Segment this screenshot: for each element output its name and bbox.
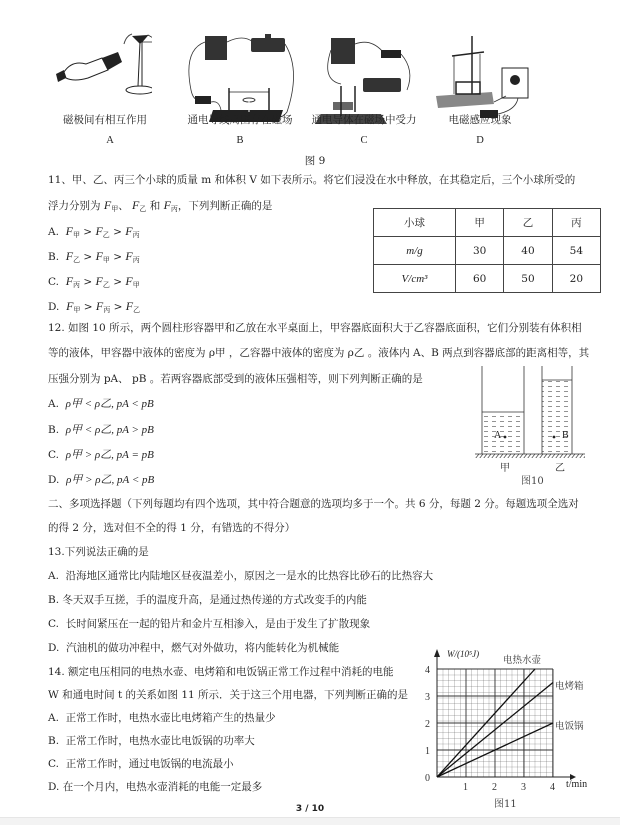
table-cell: 40 bbox=[504, 237, 552, 265]
separator: 、 bbox=[118, 200, 129, 212]
option-letter: B. bbox=[48, 251, 59, 263]
table-row-label: m/g bbox=[374, 237, 456, 265]
figure9-panel-d-caption: 电磁感应现象 bbox=[430, 112, 530, 127]
option-text: 长时间紧压在一起的铅片和金片互相渗入，是由于发生了扩散现象 bbox=[66, 618, 371, 630]
figure9-letter-b: B bbox=[230, 135, 250, 146]
table-header-cell: 甲 bbox=[456, 209, 504, 237]
q11-stem-text: ，下列判断正确的是 bbox=[178, 200, 273, 212]
figure9-letter-a: A bbox=[100, 135, 120, 146]
q13-option-d[interactable]: D. 汽油机的做功冲程中，燃气对外做功，将内能转化为机械能 bbox=[48, 641, 339, 655]
svg-text:3: 3 bbox=[521, 782, 526, 793]
option-letter: B. bbox=[48, 594, 59, 606]
q14-option-d[interactable]: D. 在一个月内，电热水壶消耗的电能一定最多 bbox=[48, 780, 262, 794]
table-header-cell: 丙 bbox=[552, 209, 600, 237]
option-letter: C. bbox=[48, 449, 59, 461]
chart-x-label: t/min bbox=[566, 779, 587, 790]
option-text: ρ甲 < ρ乙, pA < pB bbox=[66, 398, 154, 410]
option-text: ρ甲 < ρ乙, pA > pB bbox=[66, 424, 154, 436]
subscript: 甲 bbox=[73, 306, 80, 314]
q12-option-d[interactable]: D. ρ甲 > ρ乙, pA < pB bbox=[48, 473, 154, 487]
magnet-compass-illustration bbox=[52, 22, 152, 97]
option-letter: C. bbox=[48, 758, 59, 770]
current-wire-magnetic-field-illustration bbox=[183, 30, 298, 125]
q14-stem-line2: W 和通电时间 t 的关系如图 11 所示．关于这三个用电器，下列判断正确的是 bbox=[48, 688, 408, 702]
option-text: 正常工作时，通过电饭锅的电流最小 bbox=[66, 758, 234, 770]
force-symbol: F bbox=[164, 198, 171, 212]
table-cell: 54 bbox=[552, 237, 600, 265]
page-indicator: 3 / 10 bbox=[0, 804, 620, 814]
svg-text:4: 4 bbox=[550, 782, 555, 793]
option-text: 汽油机的做功冲程中，燃气对外做功，将内能转化为机械能 bbox=[66, 642, 339, 654]
q11-option-b[interactable]: B. F乙 > F甲 > F丙 bbox=[48, 249, 140, 267]
svg-text:0: 0 bbox=[425, 773, 430, 784]
svg-text:4: 4 bbox=[425, 665, 430, 676]
option-letter: D. bbox=[48, 301, 59, 313]
separator: 和 bbox=[150, 200, 161, 212]
option-letter: D. bbox=[48, 781, 59, 793]
q12-option-c[interactable]: C. ρ甲 > ρ乙, pA = pB bbox=[48, 448, 154, 462]
figure9-panel-c-caption: 通电导体在磁场中受力 bbox=[304, 112, 424, 127]
force-on-conductor-illustration bbox=[311, 30, 421, 125]
figure9-caption: 图 9 bbox=[300, 153, 330, 168]
svg-text:1: 1 bbox=[463, 782, 468, 793]
legend-kettle: 电热水壶 bbox=[503, 652, 541, 666]
q11-stem-line1: 11、甲、乙、丙三个小球的质量 m 和体积 V 如下表所示。将它们浸没在水中释放… bbox=[48, 173, 575, 187]
q13-stem: 13.下列说法正确的是 bbox=[48, 545, 149, 559]
table-row: V/cm³ 60 50 20 bbox=[374, 265, 601, 293]
option-letter: B. bbox=[48, 424, 59, 436]
legend-ricecooker: 电饭锅 bbox=[555, 718, 584, 732]
svg-text:3: 3 bbox=[425, 692, 430, 703]
q14-stem-line1: 14. 额定电压相同的电热水壶、电烤箱和电饭锅正常工作过程中消耗的电能 bbox=[48, 665, 394, 679]
svg-text:1: 1 bbox=[425, 746, 430, 757]
option-letter: B. bbox=[48, 735, 59, 747]
point-a-label: A bbox=[494, 430, 501, 441]
q14-option-a[interactable]: A. 正常工作时，电热水壶比电烤箱产生的热量少 bbox=[48, 711, 276, 725]
table-header-cell: 小球 bbox=[374, 209, 456, 237]
option-text: 正常工作时，电热水壶比电烤箱产生的热量少 bbox=[66, 712, 276, 724]
table-cell: 60 bbox=[456, 265, 504, 293]
option-letter: C. bbox=[48, 618, 59, 630]
electromagnetic-induction-illustration bbox=[432, 32, 537, 122]
table-row: m/g 30 40 54 bbox=[374, 237, 601, 265]
q11-option-c[interactable]: C. F丙 > F乙 > F甲 bbox=[48, 274, 140, 292]
q11-data-table: 小球 甲 乙 丙 m/g 30 40 54 V/cm³ 60 50 20 bbox=[373, 208, 601, 293]
container-yi-label: 乙 bbox=[555, 459, 565, 474]
option-letter: A. bbox=[48, 570, 59, 582]
figure10-caption: 图10 bbox=[521, 472, 544, 487]
q13-option-c[interactable]: C. 长时间紧压在一起的铅片和金片互相渗入，是由于发生了扩散现象 bbox=[48, 617, 370, 631]
table-cell: 20 bbox=[552, 265, 600, 293]
figure9-letter-d: D bbox=[470, 135, 490, 146]
subscript: 乙 bbox=[139, 205, 146, 213]
table-header-cell: 乙 bbox=[504, 209, 552, 237]
subscript: 丙 bbox=[133, 231, 140, 239]
option-text: ρ甲 > ρ乙, pA < pB bbox=[66, 474, 154, 486]
option-text: 在一个月内，电热水壶消耗的电能一定最多 bbox=[63, 781, 263, 793]
q12-stem-line3: 压强分别为 pA、 pB 。若两容器底部受到的液体压强相等，则下列判断正确的是 bbox=[48, 372, 423, 386]
q14-option-b[interactable]: B. 正常工作时，电热水壶比电饭锅的功率大 bbox=[48, 734, 255, 748]
container-jia-label: 甲 bbox=[500, 459, 510, 474]
legend-oven: 电烤箱 bbox=[555, 678, 584, 692]
subscript: 甲 bbox=[133, 281, 140, 289]
subscript: 甲 bbox=[73, 231, 80, 239]
q12-stem-line1: 12. 如图 10 所示，两个圆柱形容器甲和乙放在水平桌面上，甲容器底面积大于乙… bbox=[48, 321, 582, 335]
q14-option-c[interactable]: C. 正常工作时，通过电饭锅的电流最小 bbox=[48, 757, 234, 771]
option-text: 正常工作时，电热水壶比电饭锅的功率大 bbox=[66, 735, 255, 747]
option-letter: D. bbox=[48, 474, 59, 486]
page-footer-bar bbox=[0, 817, 620, 825]
q12-stem-line2: 等的液体，甲容器中液体的密度为 ρ甲 ，乙容器中液体的密度为 ρ乙 。液体内 A… bbox=[48, 346, 589, 360]
option-letter: A. bbox=[48, 712, 59, 724]
table-header-row: 小球 甲 乙 丙 bbox=[374, 209, 601, 237]
option-letter: A. bbox=[48, 226, 59, 238]
point-b-label: B bbox=[562, 430, 569, 441]
q13-option-a[interactable]: A. 沿海地区通常比内陆地区昼夜温差小，原因之一是水的比热容比砂石的比热容大 bbox=[48, 569, 433, 583]
subscript: 乙 bbox=[133, 306, 140, 314]
subscript: 丙 bbox=[73, 281, 80, 289]
figure9-panel-a-caption: 磁极间有相互作用 bbox=[50, 112, 160, 127]
figure9-letter-c: C bbox=[354, 135, 374, 146]
svg-text:2: 2 bbox=[425, 719, 430, 730]
q11-stem-line2: 浮力分别为 F甲、 F乙 和 F丙，下列判断正确的是 bbox=[48, 198, 272, 216]
option-letter: A. bbox=[48, 398, 59, 410]
option-letter: D. bbox=[48, 642, 59, 654]
chart-y-label: W/(10⁵J) bbox=[447, 649, 479, 659]
option-text: ρ甲 > ρ乙, pA = pB bbox=[66, 449, 154, 461]
subscript: 丙 bbox=[171, 205, 178, 213]
subscript: 丙 bbox=[103, 306, 110, 314]
q11-option-a[interactable]: A. F甲 > F乙 > F丙 bbox=[48, 224, 140, 242]
option-letter: C. bbox=[48, 276, 59, 288]
subscript: 乙 bbox=[73, 256, 80, 264]
subscript: 甲 bbox=[103, 256, 110, 264]
subscript: 乙 bbox=[103, 231, 110, 239]
q13-option-b[interactable]: B. 冬天双手互搓，手的温度升高，是通过热传递的方式改变手的内能 bbox=[48, 593, 367, 607]
subscript: 乙 bbox=[103, 281, 110, 289]
svg-text:2: 2 bbox=[492, 782, 497, 793]
section2-line2: 的得 2 分，选对但不全的得 1 分，有错选的不得分） bbox=[48, 521, 295, 535]
q11-option-d[interactable]: D. F甲 > F丙 > F乙 bbox=[48, 299, 140, 317]
option-text: 沿海地区通常比内陆地区昼夜温差小，原因之一是水的比热容比砂石的比热容大 bbox=[66, 570, 434, 582]
figure9-panel-b-caption: 通电导线周围存在磁场 bbox=[180, 112, 300, 127]
table-row-label: V/cm³ bbox=[374, 265, 456, 293]
q12-option-a[interactable]: A. ρ甲 < ρ乙, pA < pB bbox=[48, 397, 154, 411]
table-cell: 50 bbox=[504, 265, 552, 293]
option-text: 冬天双手互搓，手的温度升高，是通过热传递的方式改变手的内能 bbox=[62, 594, 367, 606]
q12-option-b[interactable]: B. ρ甲 < ρ乙, pA > pB bbox=[48, 423, 154, 437]
table-cell: 30 bbox=[456, 237, 504, 265]
q11-stem-text: 浮力分别为 bbox=[48, 200, 101, 212]
section2-line1: 二、多项选择题（下列每题均有四个选项，其中符合题意的选项均多于一个。共 6 分，… bbox=[48, 497, 579, 511]
figure-10-containers bbox=[475, 364, 600, 464]
subscript: 丙 bbox=[133, 256, 140, 264]
